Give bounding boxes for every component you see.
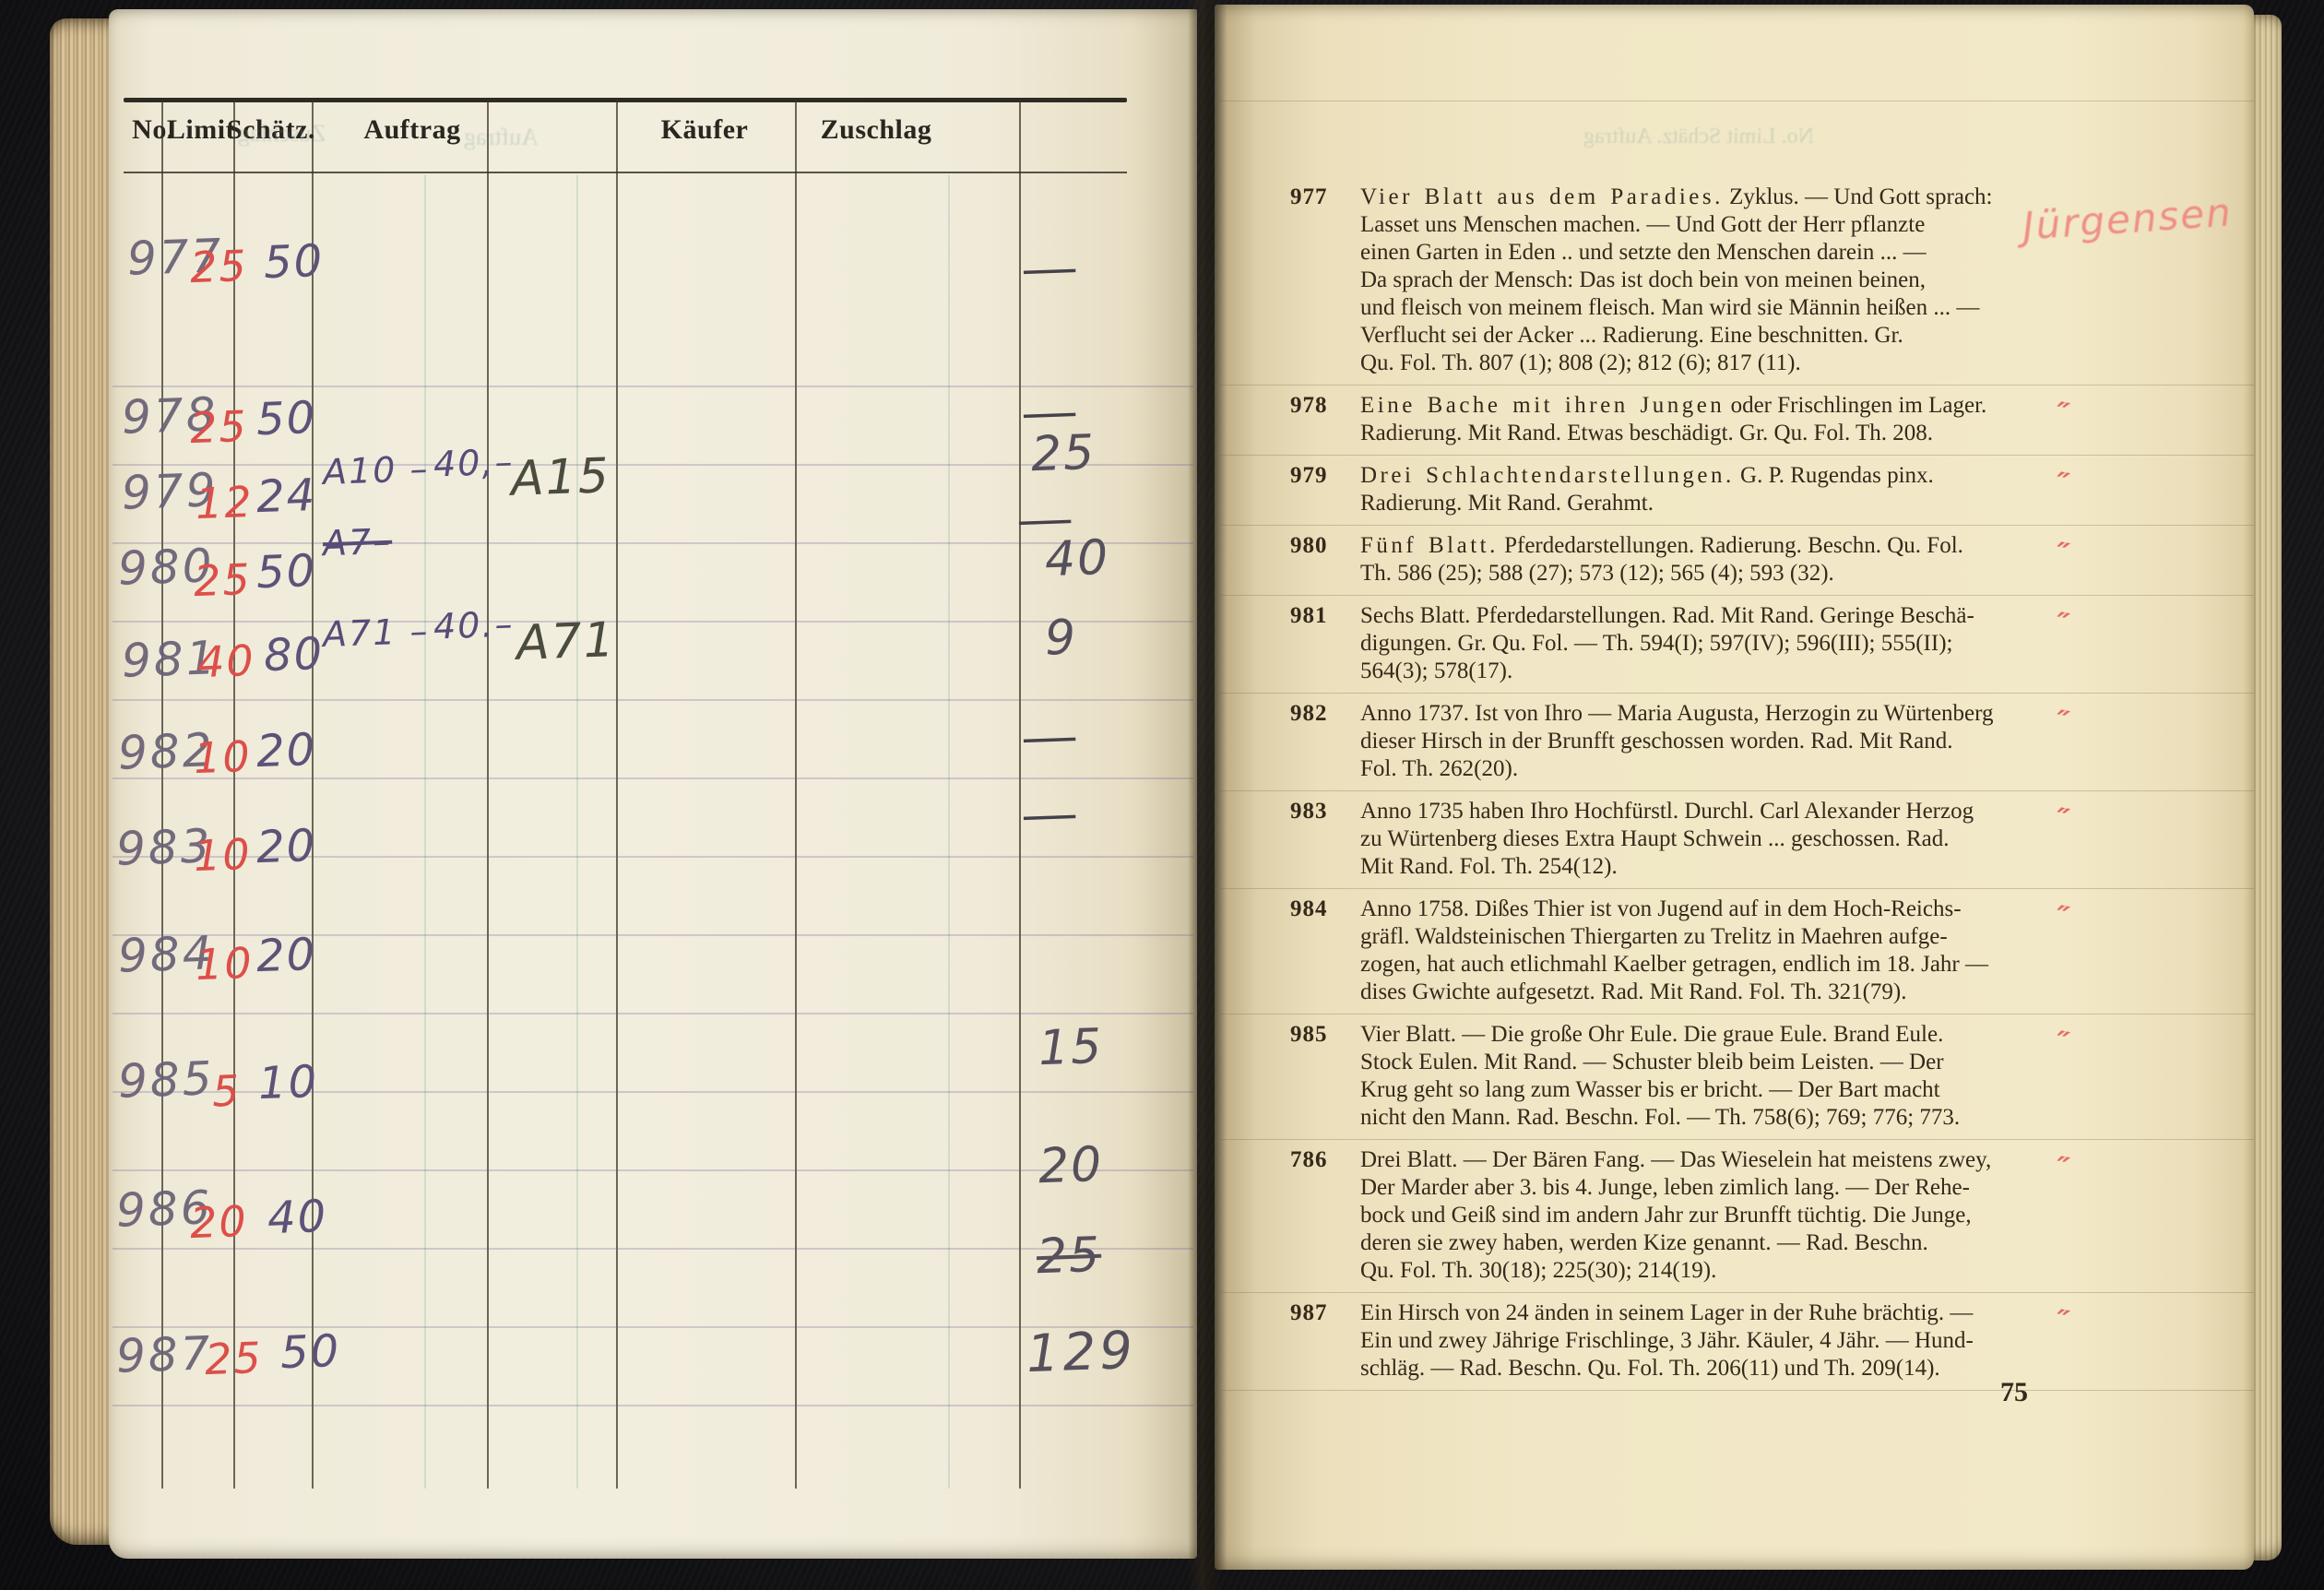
schaetz-value-980: 50	[255, 545, 317, 599]
ledger-ruled-line	[113, 1169, 1193, 1171]
table-header-rule	[124, 172, 1127, 173]
ditto-mark-red: ″	[2053, 703, 2072, 740]
auftrag-value-979: A10 –	[322, 448, 430, 492]
entry-text: Vier Blatt. — Die große Ohr Eule. Die gr…	[1360, 1021, 1954, 1132]
schaetz-value-986: 40	[267, 1191, 328, 1244]
ditto-mark-red: ″	[2053, 801, 2072, 837]
entry-text: Drei Blatt. — Der Bären Fang. — Das Wies…	[1360, 1146, 1954, 1285]
schaetz-value-979: 24	[255, 469, 317, 523]
limit-value-981: 40	[196, 635, 255, 687]
zuschlag-value-979: 25	[1030, 425, 1097, 482]
entry-number: 984	[1290, 896, 1360, 1006]
limit-value-977: 25	[189, 241, 248, 292]
entry-number: 983	[1290, 798, 1360, 881]
catalog-entry-983: 983Anno 1735 haben Ihro Hochfürstl. Durc…	[1290, 798, 1954, 881]
ditto-mark-red: ″	[2053, 1149, 2072, 1186]
schaetz-value-978: 50	[255, 392, 317, 445]
column-header-zuschlag: Zuschlag	[821, 114, 932, 146]
ruled-line	[1215, 101, 2254, 101]
schaetz-value-981: 80	[263, 628, 325, 682]
ledger-ruled-line	[113, 1013, 1193, 1015]
schaetz-value-985: 10	[257, 1056, 319, 1109]
ledger-ruled-line	[113, 699, 1193, 701]
column-header-limit: Limit	[167, 114, 235, 146]
ledger-ruled-column-line	[576, 175, 578, 1489]
column-line	[233, 100, 235, 1489]
row-no-987: 987	[115, 1326, 213, 1383]
column-header-auftrag: Auftrag	[363, 114, 460, 146]
entry-text: Eine Bache mit ihren Jungen oder Frischl…	[1360, 392, 1954, 447]
ledger-ruled-column-line	[424, 175, 426, 1489]
schaetz-value-982: 20	[255, 724, 317, 777]
entry-lead-gesperrt: Vier Blatt aus dem Paradies.	[1360, 184, 1724, 209]
ledger-ruled-column-line	[948, 175, 950, 1489]
zuschlag-value-987: 25	[1036, 1228, 1102, 1285]
entry-lead-gesperrt: Fünf Blatt.	[1360, 533, 1499, 558]
page-stack-edge-right	[2252, 15, 2282, 1560]
margin-note-jurgensen: Jürgensen	[2022, 189, 2235, 249]
left-page: No. Limit Schätz. Auftrag Käufer Zuschla…	[109, 9, 1197, 1559]
catalog-entry-985: 985Vier Blatt. — Die große Ohr Eule. Die…	[1290, 1021, 1954, 1132]
limit-value-980: 25	[193, 554, 252, 606]
auftrag-value-981: A71 –	[322, 611, 430, 655]
entry-lead-gesperrt: Eine Bache mit ihren Jungen	[1360, 393, 1725, 418]
limit-value-983: 10	[193, 829, 252, 881]
entry-text: Fünf Blatt. Pferdedarstellungen. Radieru…	[1360, 532, 1954, 587]
limit-value-978: 25	[189, 401, 248, 453]
auftrag-value2-981: 40.–	[433, 603, 515, 647]
entry-text: Sechs Blatt. Pferdedarstellungen. Rad. M…	[1360, 602, 1954, 685]
kaeufer-value-979: A15	[510, 448, 611, 507]
entry-number: 980	[1290, 532, 1360, 587]
entry-text: Drei Schlachtendarstellungen. G. P. Ruge…	[1360, 462, 1954, 517]
limit-value-986: 20	[189, 1196, 248, 1248]
auction-ledger-book-scan: No. Limit Schätz. Auftrag Käufer Zuschla…	[0, 0, 2324, 1590]
ledger-ruled-line	[113, 621, 1193, 623]
auftrag-value2-979: 40,–	[433, 441, 515, 484]
limit-value-985: 5	[211, 1065, 242, 1116]
kaeufer-value-981: A71	[516, 612, 617, 671]
zuschlag-total-sum: 129	[1026, 1321, 1137, 1384]
ditto-mark-red: ″	[2053, 605, 2072, 642]
limit-value-987: 25	[204, 1333, 263, 1384]
zuschlag-value-985: 15	[1037, 1019, 1104, 1076]
catalog-entry-982: 982Anno 1737. Ist von Ihro — Maria Augus…	[1290, 700, 1954, 783]
catalog-entry-979: 979Drei Schlachtendarstellungen. G. P. R…	[1290, 462, 1954, 517]
schaetz-value-977: 50	[263, 235, 325, 289]
column-header-kaeufer: Käufer	[661, 114, 749, 146]
catalog-entry-981: 981Sechs Blatt. Pferdedarstellungen. Rad…	[1290, 602, 1954, 685]
entry-text: Anno 1758. Dißes Thier ist von Jugend au…	[1360, 896, 1954, 1006]
page-number: 75	[2000, 1377, 2028, 1408]
entry-text: Vier Blatt aus dem Paradies. Zyklus. — U…	[1360, 184, 1954, 377]
entries: 977Vier Blatt aus dem Paradies. Zyklus. …	[1290, 184, 1954, 1397]
column-line	[616, 100, 618, 1489]
row-no-985: 985	[117, 1051, 215, 1109]
zuschlag-value-983: —	[1020, 709, 1079, 765]
catalog-entry-978: 978Eine Bache mit ihren Jungen oder Fris…	[1290, 392, 1954, 447]
entry-number: 987	[1290, 1299, 1360, 1382]
bleed-through-text: Auftrag	[464, 124, 539, 151]
column-line	[487, 100, 489, 1489]
zuschlag-value-986: 20	[1037, 1137, 1104, 1194]
zuschlag-value-982: 9	[1044, 610, 1078, 666]
entry-number: 985	[1290, 1021, 1360, 1132]
column-line	[795, 100, 797, 1489]
schaetz-value-983: 20	[255, 820, 317, 873]
ditto-mark-red: ″	[2053, 395, 2072, 432]
column-line	[161, 100, 163, 1489]
table-top-rule	[124, 98, 1127, 102]
auftrag-value-980: A7–	[322, 521, 393, 564]
entry-number: 977	[1290, 184, 1360, 377]
catalog-entry-987: 987Ein Hirsch von 24 änden in seinem Lag…	[1290, 1299, 1954, 1382]
ditto-mark-red: ″	[2053, 535, 2072, 572]
ledger-ruled-line	[113, 1248, 1193, 1250]
zuschlag-value-977: —	[1020, 241, 1079, 296]
entry-lead-gesperrt: Drei Schlachtendarstellungen.	[1360, 463, 1735, 488]
ditto-mark-red: ″	[2053, 1024, 2072, 1061]
entry-text: Anno 1737. Ist von Ihro — Maria Augusta,…	[1360, 700, 1954, 783]
catalog-entry-786: 786Drei Blatt. — Der Bären Fang. — Das W…	[1290, 1146, 1954, 1285]
schaetz-value-987: 50	[279, 1325, 341, 1379]
zuschlag-value-984: —	[1020, 787, 1079, 842]
zuschlag-value-981: 40	[1044, 530, 1110, 587]
column-line	[312, 100, 314, 1489]
entry-number: 978	[1290, 392, 1360, 447]
limit-value-984: 10	[195, 938, 254, 990]
ditto-mark-red: ″	[2053, 465, 2072, 502]
catalog-entry-977: 977Vier Blatt aus dem Paradies. Zyklus. …	[1290, 184, 1954, 377]
entry-number: 979	[1290, 462, 1360, 517]
bleed-through-text: No. Limit Schätz. Auftrag	[1583, 125, 1814, 149]
entry-number: 981	[1290, 602, 1360, 685]
ditto-mark-red: ″	[2053, 1302, 2072, 1339]
ditto-mark-red: ″	[2053, 898, 2072, 935]
entry-text: Anno 1735 haben Ihro Hochfürstl. Durchl.…	[1360, 798, 1954, 881]
ledger-ruled-line	[113, 1405, 1193, 1406]
entry-number: 786	[1290, 1146, 1360, 1285]
limit-value-979: 12	[195, 477, 254, 528]
entry-text: Ein Hirsch von 24 änden in seinem Lager …	[1360, 1299, 1954, 1382]
entry-number: 982	[1290, 700, 1360, 783]
schaetz-value-984: 20	[255, 929, 317, 982]
catalog-entry-984: 984Anno 1758. Dißes Thier ist von Jugend…	[1290, 896, 1954, 1006]
right-page: No. Limit Schätz. Auftrag Jürgensen 977V…	[1215, 5, 2254, 1570]
catalog-entry-980: 980Fünf Blatt. Pferdedarstellungen. Radi…	[1290, 532, 1954, 587]
limit-value-982: 10	[193, 731, 252, 783]
page-stack-edge-left	[50, 18, 114, 1545]
ledger-ruled-line	[113, 777, 1193, 779]
